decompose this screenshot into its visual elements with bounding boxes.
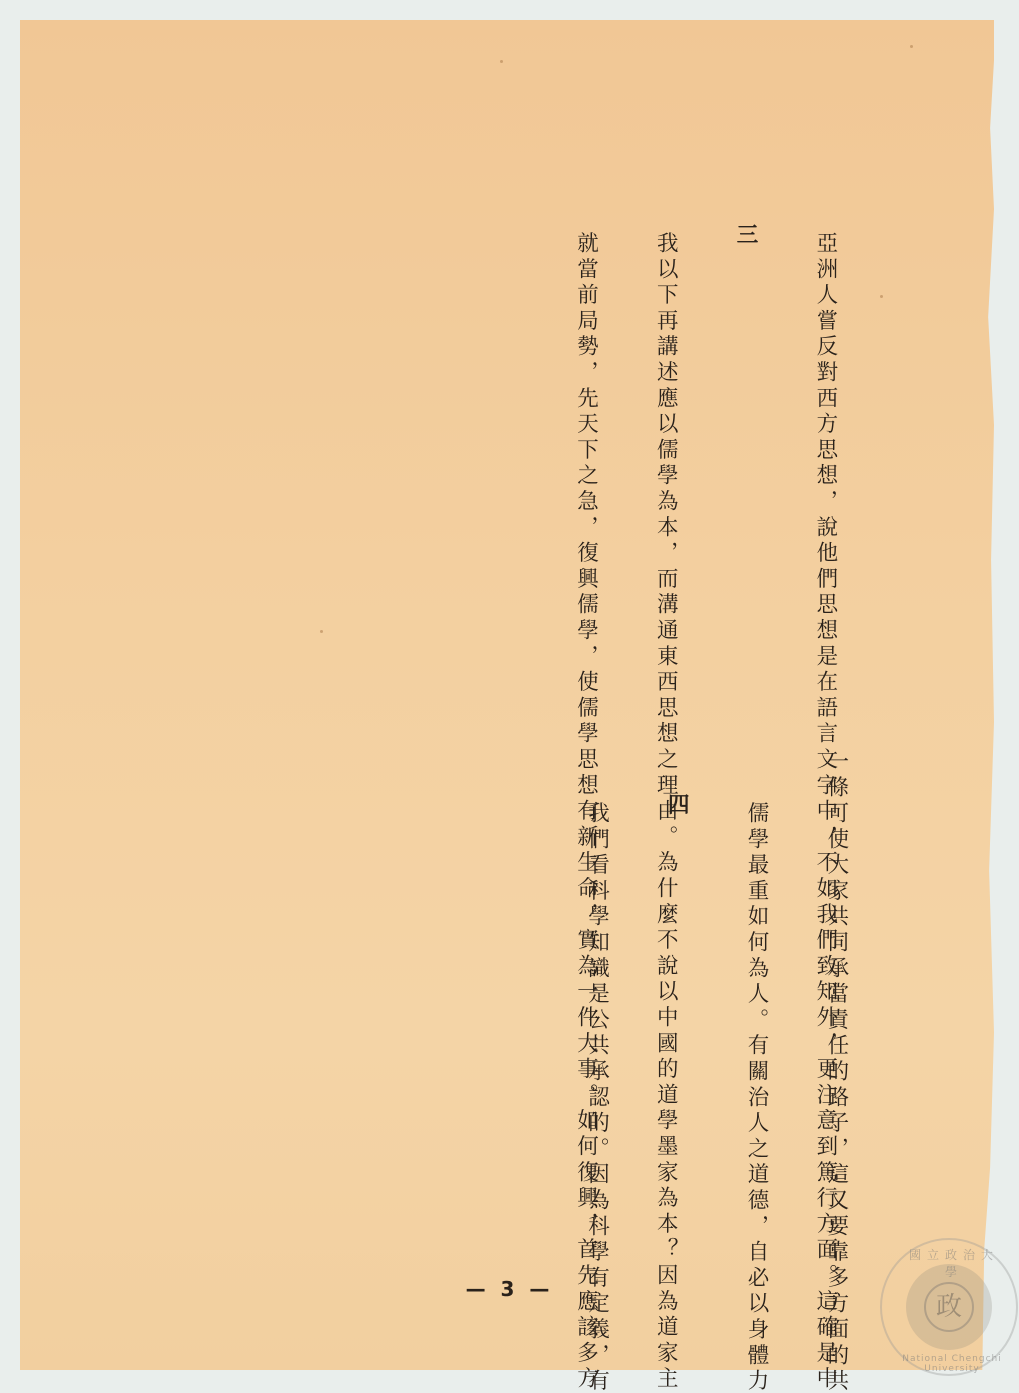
seal-bottom-text: National Chengchi University [892,1354,1012,1374]
paragraph: 儒學最重如何為人。有關治人之道德，自必以身體力行為歸宿。而做人之道，須先弄清楚做… [742,750,769,1290]
paragraph: 就當前局勢，先天下之急，復興儒學，使儒學思想有新生命，實為一件大事。如何復興，首… [572,180,599,720]
paper-speck [910,45,913,48]
seal-center-glyph: 政 [924,1282,974,1332]
section-heading-4: 四 [663,750,690,1290]
paragraph: 我以下再講述應以儒學為本，而溝通東西思想之理由。為什麼不說以中國的道學墨家為本？… [652,180,679,720]
upper-text-block: 亞洲人嘗反對西方思想，說他們思想是在語言文字中，不如我們致知外，更注意到篤行方面… [545,180,891,720]
page-number: — 3 — [0,1277,1019,1301]
paragraph: 亞洲人嘗反對西方思想，說他們思想是在語言文字中，不如我們致知外，更注意到篤行方面… [811,180,838,720]
section-heading-3: 三 [731,180,758,720]
paragraph: 我們看科學知識是公共承認的。因為科學有定義，有公理，有定律，有一定之對象範圍，這… [583,750,610,1290]
paragraph: 一條可使大家共同承當責任的路子，這又要靠多方面的共同努力。中庸告訴我們「博學、審… [822,750,849,1290]
paper-speck [320,630,323,633]
university-seal-watermark: 國立政治大學 政 National Chengchi University [880,1238,1018,1376]
lower-text-block: 一條可使大家共同承當責任的路子，這又要靠多方面的共同努力。中庸告訴我們「博學、審… [556,750,902,1290]
paper-speck [500,60,503,63]
